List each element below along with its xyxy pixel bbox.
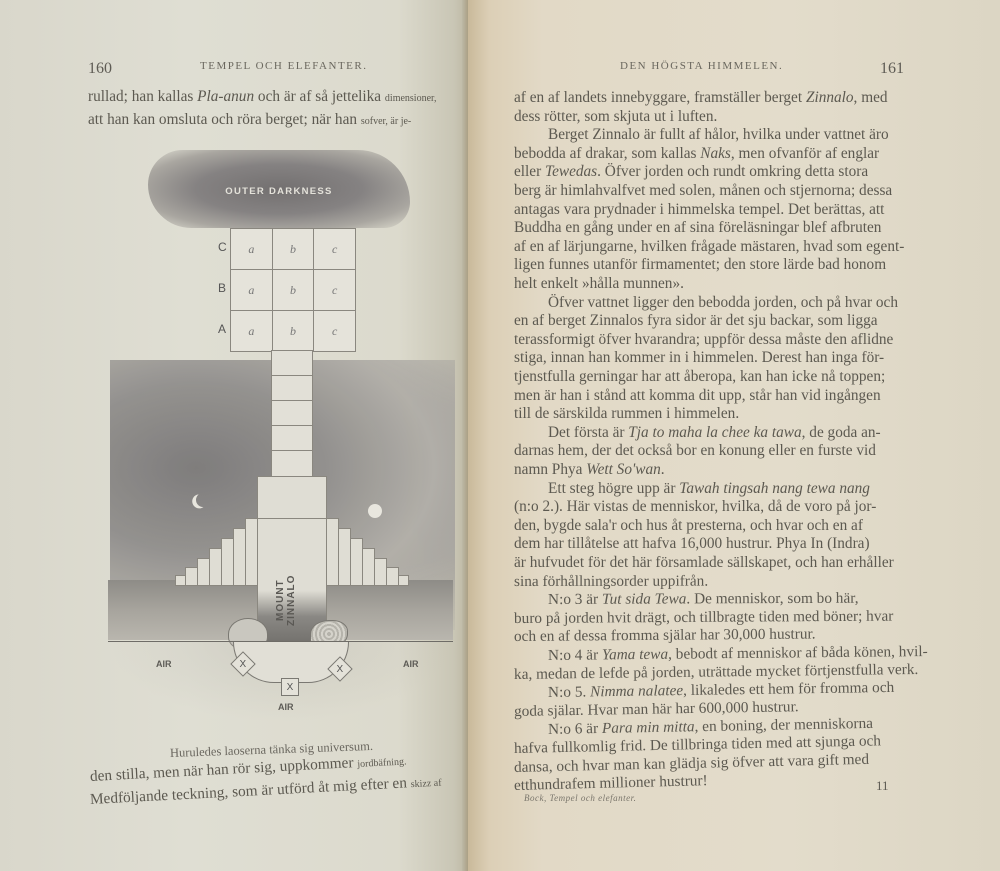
text-line: till de särskilda rummen i himmelen. [514,405,739,423]
cosmology-illustration: OUTER DARKNESS C B A a b c a b c a b c [98,150,460,730]
column-segment [271,450,313,477]
grid-cell: c [313,229,355,269]
text-line: och en af dessa fromma själar har 30,000… [514,626,816,647]
text-line: stiga, innan han kommer in i himmelen. D… [514,349,884,367]
text-line: ligen funnes utanför firmamentet; den st… [514,256,886,274]
grid-cell: c [313,311,355,351]
terrace-step [221,538,234,586]
italic-term: Tawah tingsah nang tewa nang [679,480,870,497]
text-line: sina förhållningsorder uppifrån. [514,572,708,590]
text-line: Berget Zinnalo är fullt af hålor, hvilka… [548,126,889,144]
terrace-step [175,575,186,586]
column-segment [271,350,313,376]
italic-term: Zinnalo [806,89,854,106]
column-segment [271,400,313,426]
air-label: AIR [403,659,419,669]
text-run: men är han i stånd att komma dit upp, st… [514,387,881,404]
heaven-grid: a b c a b c a b c [230,228,356,352]
text-line: Öfver vattnet ligger den bebodda jorden,… [548,294,898,312]
text-run: Det första är [548,424,628,441]
text-line: Buddha en gång under en af sina föreläsn… [514,219,881,237]
text-line: dess rötter, som skjuta ut i luften. [514,108,717,126]
text-run: stiga, innan han kommer in i himmelen. D… [514,349,884,366]
text-run: tjenstfulla gerningar har att åberopa, k… [514,368,885,385]
text-run: ligen funnes utanför firmamentet; den st… [514,256,886,273]
text-run: en af berget Zinnalos fyra sidor är det … [514,312,878,329]
text-run: bebodda af drakar, som kallas [514,145,700,162]
column-segment [271,425,313,451]
terrace-step [197,558,210,586]
text-run: af en af lärjungarne, hvilken frågade mä… [514,238,904,255]
running-head-right: DEN HÖGSTA HIMMELEN. [620,60,783,72]
left-page: 160 TEMPEL OCH ELEFANTER. rullad; han ka… [0,0,468,871]
text-line: berg är himlahvalfvet med solen, månen o… [514,182,892,200]
text-run: och en af dessa fromma själar har 30,000… [514,626,816,646]
column-segment [271,375,313,401]
text-line: af en af landets innebyggare, framställe… [514,89,888,107]
text-line: af en af lärjungarne, hvilken frågade mä… [514,238,904,256]
grid-cell: c [313,270,355,310]
text-run: (n:o 2.). Här vistas de menniskor, hvilk… [514,498,876,515]
grid-cell: a [231,229,272,269]
text-run: , likaledes ett hem för fromma och [683,679,894,699]
text-line: rullad; han kallas Pla-anun och är af så… [88,88,436,106]
italic-term: Nimma nalatee [590,682,683,700]
text-run: antagas vara prydnader i himmelska tempe… [514,201,884,218]
text-run: , med [854,89,888,106]
footer-note: Bock, Tempel och elefanter. [524,793,636,803]
outer-darkness-label: OUTER DARKNESS [148,186,410,197]
grid-row-c: a b c [231,229,355,269]
text-line: terassformigt öfver hvarandra; uppför de… [514,331,893,349]
text-line: bebodda af drakar, som kallas Naks, men … [514,145,879,163]
row-label: C [218,240,227,254]
grid-cell: b [272,270,314,310]
text-line: Det första är Tja to maha la chee ka taw… [548,424,881,442]
x-mark-label: X [337,663,344,674]
text-run: . [661,461,665,478]
grid-cell: a [231,311,272,351]
text-run: eller [514,163,545,180]
italic-term: Tut sida Tewa [602,591,687,608]
outer-darkness-cloud: OUTER DARKNESS [148,150,410,228]
text-run: , de goda an- [802,424,881,441]
text-line: helt enkelt »hålla munnen». [514,275,684,293]
running-head-left: TEMPEL OCH ELEFANTER. [200,60,367,72]
air-label: AIR [278,702,294,712]
text-run: , men ofvanför af englar [731,145,879,162]
x-mark-label: X [287,682,294,693]
text-run: dess rötter, som skjuta ut i luften. [514,108,717,125]
italic-term: Wett So'wan [586,461,661,478]
italic-term: Tja to maha la chee ka tawa [628,424,801,441]
text-line: en af berget Zinnalos fyra sidor är det … [514,312,878,330]
text-run: berg är himlahvalfvet med solen, månen o… [514,182,892,199]
text-run: Berget Zinnalo är fullt af hålor, hvilka… [548,126,889,143]
text-line: etthundrafem millioner hustrur! [514,772,708,795]
text-run: är hufvudet för det här församlade sälls… [514,554,894,571]
text-line: Ett steg högre upp är Tawah tingsah nang… [548,480,870,498]
text-run: Ett steg högre upp är [548,480,679,497]
text-run: . De menniskor, som bo här, [686,590,858,608]
page-number-right: 161 [880,60,904,78]
grid-cell: a [231,270,272,310]
text-line: dem har tillåtelse att hafva 16,000 hust… [514,535,870,553]
text-run: terassformigt öfver hvarandra; uppför de… [514,331,893,348]
text-run: namn Phya [514,461,586,478]
text-line: darnas hem, der det också bor en konung … [514,442,876,460]
text-run: N:o 5. [548,684,590,702]
text-run: sina förhållningsorder uppifrån. [514,572,708,589]
text-run: helt enkelt »hålla munnen». [514,275,684,292]
text-line: den, bygde sala'r och hus åt presterna, … [514,517,863,535]
text-line: namn Phya Wett So'wan. [514,461,665,479]
text-run: darnas hem, der det också bor en konung … [514,442,876,459]
text-line: tjenstfulla gerningar har att åberopa, k… [514,368,885,386]
mountain-base [257,476,327,520]
air-label: AIR [156,659,172,669]
right-page: DEN HÖGSTA HIMMELEN. 161 af en af landet… [468,0,1000,871]
text-run: till de särskilda rummen i himmelen. [514,405,739,422]
text-run: N:o 4 är [548,646,602,664]
terrace-step [233,528,246,586]
text-run: Buddha en gång under en af sina föreläsn… [514,219,881,236]
text-run: N:o 6 är [548,720,602,738]
signature-mark: 11 [876,778,889,794]
text-line: eller Tewedas. Öfver jorden och rundt om… [514,163,868,181]
terrace-step [185,567,198,586]
text-line: (n:o 2.). Här vistas de menniskor, hvilk… [514,498,876,516]
text-run: N:o 3 är [548,591,602,608]
text-run: den, bygde sala'r och hus åt presterna, … [514,517,863,534]
full-moon-icon [368,504,382,518]
grid-cell: b [272,311,314,351]
text-line: N:o 3 är Tut sida Tewa. De menniskor, so… [548,590,859,609]
x-mark-label: X [240,658,247,669]
row-label: A [218,322,226,336]
text-line: är hufvudet för det här församlade sälls… [514,554,894,572]
terrace-step [209,548,222,586]
italic-term: Tewedas [545,163,597,180]
row-label: B [218,281,226,295]
page-number-left: 160 [88,60,112,78]
grid-row-b: a b c [231,269,355,310]
mount-zinnalo-label: MOUNT ZINNALO [275,555,305,645]
text-run: etthundrafem millioner hustrur! [514,772,708,794]
grid-row-a: a b c [231,310,355,351]
italic-term: Naks [700,145,731,162]
x-mark: X [281,678,299,696]
text-line: men är han i stånd att komma dit upp, st… [514,387,881,405]
italic-term: Para min mitta [602,719,695,738]
text-run: . Öfver jorden och rundt omkring detta s… [597,163,868,180]
text-run: af en af landets innebyggare, framställe… [514,89,806,106]
text-line: buro på jorden hvit drägt, och tillbragt… [514,607,893,627]
text-run: dem har tillåtelse att hafva 16,000 hust… [514,535,870,552]
text-run: buro på jorden hvit drägt, och tillbragt… [514,607,893,626]
text-run: , bebodt af menniskor af båda könen, hvi… [668,643,928,663]
grid-cell: b [272,229,314,269]
text-run: Öfver vattnet ligger den bebodda jorden,… [548,294,898,311]
italic-term: Yama tewa [602,646,668,664]
terrace-step [398,575,409,586]
text-line: att han kan omsluta och röra berget; när… [88,111,411,129]
text-line: antagas vara prydnader i himmelska tempe… [514,201,884,219]
